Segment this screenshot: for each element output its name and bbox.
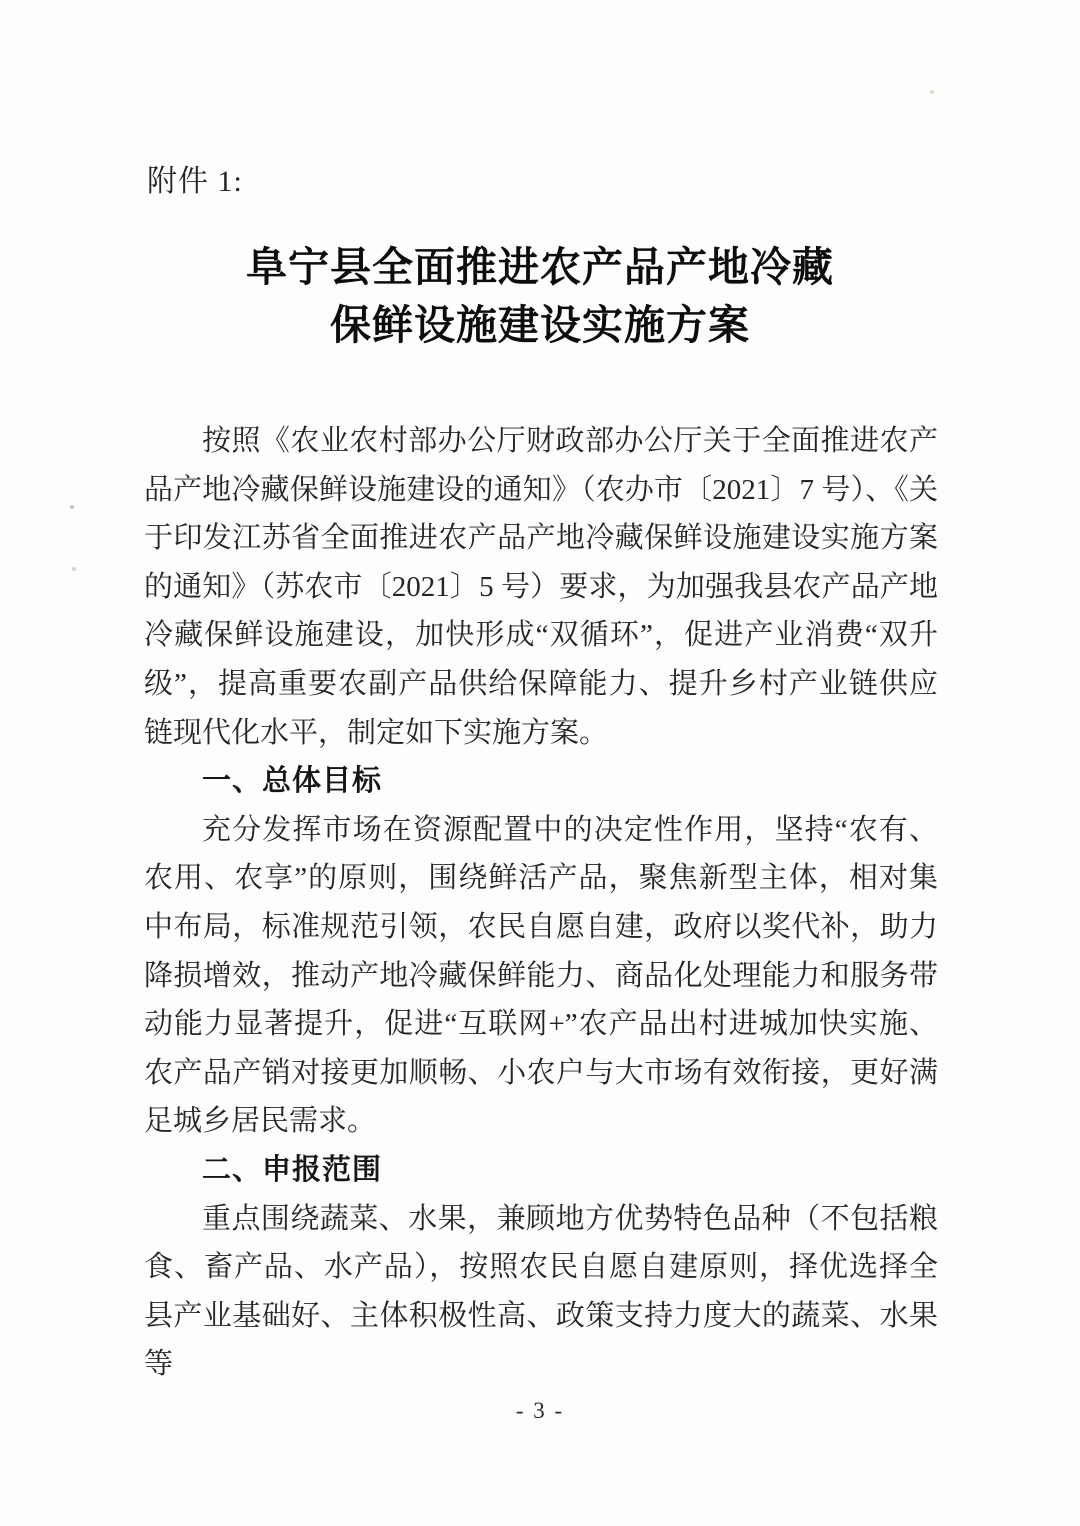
attachment-label: 附件 1:	[147, 156, 243, 200]
document-title: 阜宁县全面推进农产品产地冷藏保鲜设施建设实施方案	[0, 238, 1080, 354]
body-paragraph: 重点围绕蔬菜、水果，兼顾地方优势特色品种（不包括粮食、畜产品、水产品），按照农民…	[144, 1195, 938, 1389]
document-title-line1: 阜宁县全面推进农产品产地冷藏	[246, 244, 834, 290]
page-number: - 3 -	[0, 1398, 1080, 1424]
document-page: 附件 1: 阜宁县全面推进农产品产地冷藏保鲜设施建设实施方案 按照《农业农村部办…	[0, 0, 1080, 1526]
section-heading: 一、总体目标	[144, 757, 938, 806]
body-paragraph: 充分发挥市场在资源配置中的决定性作用，坚持“农有、农用、农享”的原则，围绕鲜活产…	[144, 806, 938, 1146]
section-heading: 二、申报范围	[144, 1146, 938, 1195]
document-title-line2: 保鲜设施建设实施方案	[330, 302, 750, 348]
body-paragraph: 按照《农业农村部办公厅财政部办公厅关于全面推进农产品产地冷藏保鲜设施建设的通知》…	[144, 417, 938, 757]
document-body: 按照《农业农村部办公厅财政部办公厅关于全面推进农产品产地冷藏保鲜设施建设的通知》…	[144, 417, 938, 1389]
scan-speckles	[70, 505, 74, 509]
